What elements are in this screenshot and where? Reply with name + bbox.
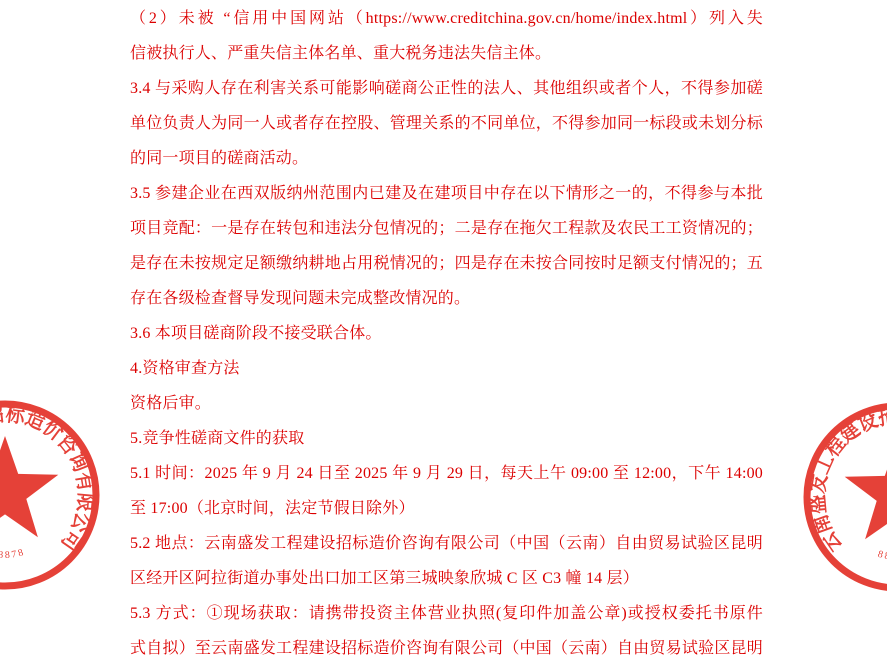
svg-text:880101: 880101: [876, 549, 887, 563]
seal-code: 880101: [876, 549, 887, 563]
text-line: （2）未被 “信用中国网站（https://www.creditchina.go…: [130, 1, 763, 36]
text-line: 区经开区阿拉街道办事处出口加工区第三城映象欣城 C 区 C3 幢 14 层）: [130, 561, 763, 596]
svg-text:178878: 178878: [0, 547, 27, 561]
text-line: 3.5 参建企业在西双版纳州范围内已建及在建项目中存在以下情形之一的，不得参与本…: [130, 176, 763, 211]
text-line: 5.1 时间：2025 年 9 月 24 日至 2025 年 9 月 29 日，…: [130, 456, 763, 491]
text-line: 3.4 与采购人存在利害关系可能影响磋商公正性的法人、其他组织或者个人，不得参加…: [130, 71, 763, 106]
text-line: 资格后审。: [130, 386, 763, 421]
seal-ring: [0, 404, 96, 586]
text-line: 式自拟）至云南盛发工程建设招标造价咨询有限公司（中国（云南）自由贸易试验区昆明片: [130, 631, 763, 664]
text-line: 的同一项目的磋商活动。: [130, 141, 763, 176]
company-seal-left: 云南盛发工程建设招标造价咨询有限公司 178878: [0, 395, 105, 595]
seal-ring: [807, 406, 887, 588]
document-body: （2）未被 “信用中国网站（https://www.creditchina.go…: [130, 1, 763, 664]
company-seal-right: 云南盛发工程建设招标造价咨询有限公司 880101: [798, 397, 887, 597]
svg-text:云南盛发工程建设招标造价咨询有限公司: 云南盛发工程建设招标造价咨询有限公司: [0, 400, 100, 556]
seal-company-name: 云南盛发工程建设招标造价咨询有限公司: [0, 400, 100, 556]
text-line: 信被执行人、严重失信主体名单、重大税务违法失信主体。: [130, 36, 763, 71]
svg-text:云南盛发工程建设招标造价咨询有限公司: 云南盛发工程建设招标造价咨询有限公司: [803, 402, 887, 558]
star-icon: [845, 438, 887, 539]
text-line: 5.3 方式：①现场获取：请携带投资主体营业执照(复印件加盖公章)或授权委托书原…: [130, 596, 763, 631]
star-icon: [0, 436, 58, 537]
text-line: 5.竞争性磋商文件的获取: [130, 421, 763, 456]
text-line: 4.资格审查方法: [130, 351, 763, 386]
text-line: 项目竞配：一是存在转包和违法分包情况的；二是存在拖欠工程款及农民工工资情况的；三: [130, 211, 763, 246]
text-line: 是存在未按规定足额缴纳耕地占用税情况的；四是存在未按合同按时足额支付情况的；五是: [130, 246, 763, 281]
text-line: 5.2 地点：云南盛发工程建设招标造价咨询有限公司（中国（云南）自由贸易试验区昆…: [130, 526, 763, 561]
text-line: 至 17:00（北京时间，法定节假日除外）: [130, 491, 763, 526]
text-line: 3.6 本项目磋商阶段不接受联合体。: [130, 316, 763, 351]
seal-code: 178878: [0, 547, 27, 561]
text-line: 存在各级检查督导发现问题未完成整改情况的。: [130, 281, 763, 316]
document-page: { "page": { "background": "#ffffff", "te…: [0, 0, 887, 664]
text-line: 单位负责人为同一人或者存在控股、管理关系的不同单位，不得参加同一标段或未划分标段: [130, 106, 763, 141]
seal-company-name: 云南盛发工程建设招标造价咨询有限公司: [803, 402, 887, 558]
